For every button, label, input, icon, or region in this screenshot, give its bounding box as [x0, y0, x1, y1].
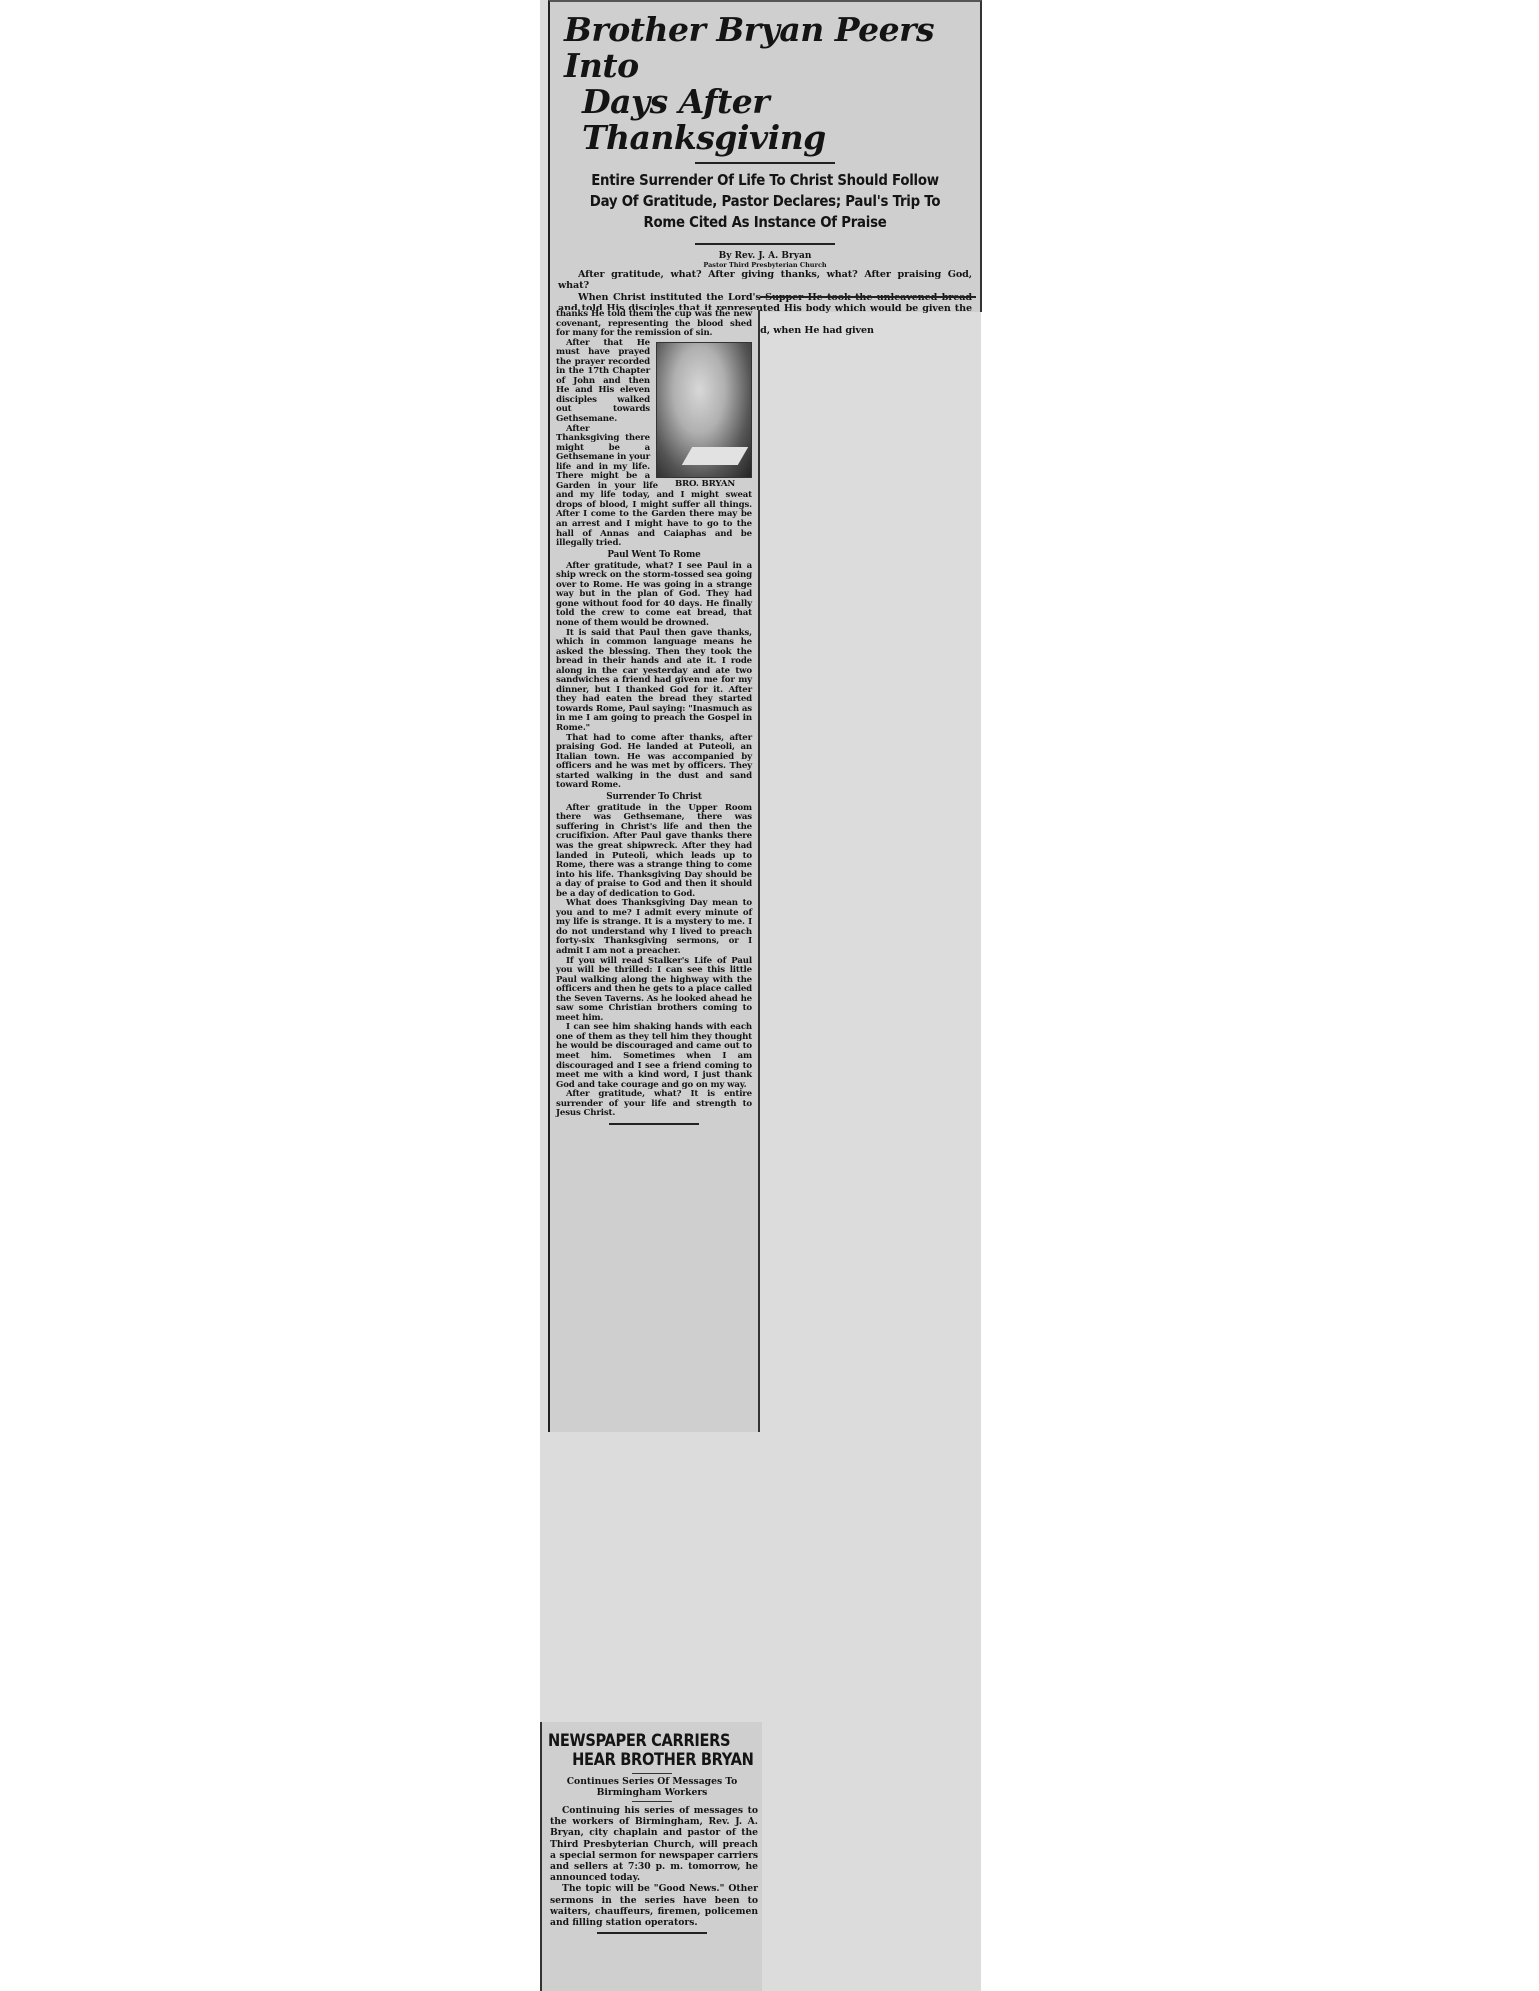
paragraph: What does Thanksgiving Day mean to you a… — [556, 899, 752, 956]
divider — [695, 162, 835, 164]
paragraph: After gratitude in the Upper Room there … — [556, 804, 752, 899]
paragraph: After gratitude, what? I see Paul in a s… — [556, 562, 752, 629]
collar-detail — [682, 447, 748, 465]
subhead: Surrender To Christ — [556, 792, 752, 803]
column-rule — [760, 296, 976, 298]
headline-line-2: Days After Thanksgiving — [564, 84, 980, 156]
article-clipping-header: Brother Bryan Peers Into Days After Than… — [548, 0, 982, 312]
end-rule — [597, 1932, 707, 1934]
article-column: thanks He told them the cup was the new … — [548, 310, 760, 1432]
paragraph: After gratitude, what? After giving than… — [558, 269, 972, 292]
article-headline: Brother Bryan Peers Into Days After Than… — [564, 12, 980, 156]
article-deck: Entire Surrender Of Life To Christ Shoul… — [587, 170, 943, 233]
end-rule — [609, 1123, 699, 1125]
paragraph: The topic will be "Good News." Other ser… — [550, 1883, 758, 1928]
portrait-photo — [656, 342, 752, 478]
paragraph: After gratitude, what? It is entire surr… — [556, 1090, 752, 1119]
headline-line-1: NEWSPAPER CARRIERS — [548, 1731, 730, 1751]
article-deck: Continues Series Of Messages To Birmingh… — [546, 1777, 758, 1798]
article-headline: NEWSPAPER CARRIERS HEAR BROTHER BRYAN — [548, 1732, 732, 1770]
headline-line-2: HEAR BROTHER BRYAN — [548, 1751, 732, 1770]
article-clipping-2: NEWSPAPER CARRIERS HEAR BROTHER BRYAN Co… — [540, 1722, 762, 1991]
photo-caption: BRO. BRYAN — [658, 480, 752, 490]
divider — [695, 243, 835, 245]
article-body: thanks He told them the cup was the new … — [556, 310, 752, 1125]
byline-title: Pastor Third Presbyterian Church — [550, 261, 980, 269]
paragraph: thanks He told them the cup was the new … — [556, 310, 752, 339]
paragraph: If you will read Stalker's Life of Paul … — [556, 957, 752, 1024]
paragraph: Continuing his series of messages to the… — [550, 1805, 758, 1883]
subhead: Paul Went To Rome — [556, 550, 752, 561]
article-body: Continuing his series of messages to the… — [550, 1805, 758, 1928]
paragraph: I can see him shaking hands with each on… — [556, 1023, 752, 1090]
paragraph: That had to come after thanks, after pra… — [556, 734, 752, 791]
headline-line-1: Brother Bryan Peers Into — [564, 10, 934, 85]
byline: By Rev. J. A. Bryan — [550, 251, 980, 261]
paragraph: It is said that Paul then gave thanks, w… — [556, 629, 752, 734]
divider — [632, 1801, 672, 1802]
divider — [632, 1773, 672, 1774]
